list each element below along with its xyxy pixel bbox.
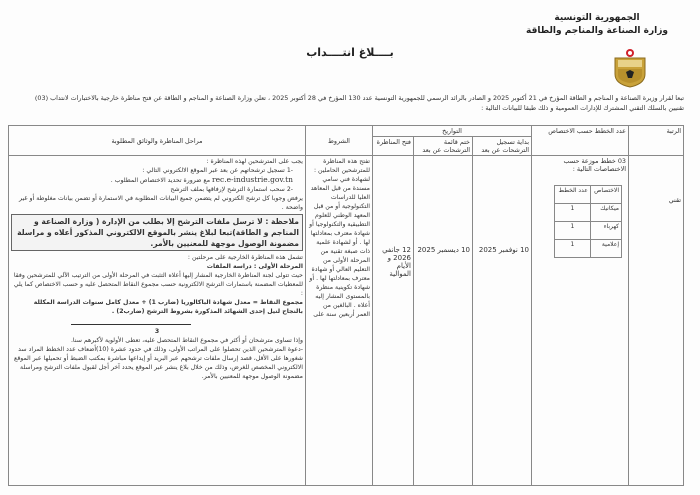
specialty-row: إعلامية 1 [555,240,622,258]
cell-rank: تقني [629,156,684,486]
header-reg-start: بداية تسجيل الترشحات عن بعد [473,137,532,156]
divider [71,324,191,325]
document-page: الجمهورية التونسية وزارة الصناعة والمناج… [0,0,700,495]
specialty-name: كهرباء [590,222,621,240]
header-exam-open: فتح المناظرة [373,137,414,156]
important-note: ملاحظة : لا ترسل ملفات الترشح إلا بطلب م… [11,214,303,251]
rejection-notice: يرفض وجوبا كل ترشح الكتروني لم يتضمن جمي… [11,194,303,212]
country-name: الجمهورية التونسية [526,12,668,25]
specialty-table: الاختصاص عدد الخطط ميكانيك 1 كهرباء 1 إع… [554,185,622,258]
cell-exam-open: 12 جانفي 2026 و الأيام الموالية [373,156,414,486]
tie-rule: وإذا تساوى مترشحان أو أكثر في مجموع النق… [11,336,303,345]
step-1: -1 تسجيل ترشحاتهم عن بعد عبر الموقع الال… [11,166,303,175]
specialty-row: ميكانيك 1 [555,204,622,222]
specialty-name: إعلامية [590,240,621,258]
header-rank: الرتبة [629,126,684,156]
url-suffix: مع ضرورة تحديد الاختصاص المطلوب . [111,177,210,184]
phase-1-text: حيث تتولى لجنة المناظرة الخارجية المشار … [11,271,303,298]
header-conditions: الشروط [306,126,373,156]
specialty-count: 1 [555,204,591,222]
cell-reg-end: 10 ديسمبر 2025 [414,156,473,486]
cell-conditions: تفتح هذه المناظرة للمترشحين الحاملين : ل… [306,156,373,486]
header-dates: التواريخ [373,126,532,137]
invite-text: -دعوة المترشحين الذين تحصلوا على المراتب… [11,345,303,381]
intro-paragraph: تبعا لقرار وزيرة الصناعة و المناجم و الط… [18,93,684,113]
specialty-count: 1 [555,240,591,258]
posts-intro: 03 خطط موزعة حسب الاختصاصات التالية : [534,157,626,173]
step-2: -2 سحب استمارة الترشح لإرفاقها بملف التر… [11,185,303,194]
stages-intro: يجب على المترشحين لهذه المناظرة : [11,157,303,166]
recruitment-table: الرتبة عدد الخطط حسب الاختصاص التواريخ ا… [8,125,684,486]
count-header: عدد الخطط [555,186,591,204]
page-title: بــــلاغ انتــــداب [0,46,700,59]
header-stages: مراحل المناظرة والوثائق المطلوبة [9,126,306,156]
header-reg-end: ختم قائمة الترشحات عن بعد [414,137,473,156]
cell-posts: 03 خطط موزعة حسب الاختصاصات التالية : ال… [532,156,629,486]
page-number: 3 [11,327,303,336]
specialty-count: 1 [555,222,591,240]
registration-url[interactable]: rec.e-industrie.gov.tn [212,175,293,184]
points-formula: مجموع النقاط = معدل شهادة الباكالوريا (ض… [11,298,303,316]
phases-intro: تشمل هذه المناظرة الخارجية على مرحلتين : [11,253,303,262]
specialty-name: ميكانيك [590,204,621,222]
phase-1-title: المرحلة الأولى : دراسة الملفات [11,262,303,271]
ministry-name: وزارة الصناعة والمناجم والطاقة [526,25,668,38]
specialty-header: الاختصاص [590,186,621,204]
cell-reg-start: 10 نوفمبر 2025 [473,156,532,486]
letterhead: الجمهورية التونسية وزارة الصناعة والمناج… [526,12,668,38]
specialty-row: كهرباء 1 [555,222,622,240]
header-posts: عدد الخطط حسب الاختصاص [532,126,629,156]
cell-stages: يجب على المترشحين لهذه المناظرة : -1 تسج… [9,156,306,486]
